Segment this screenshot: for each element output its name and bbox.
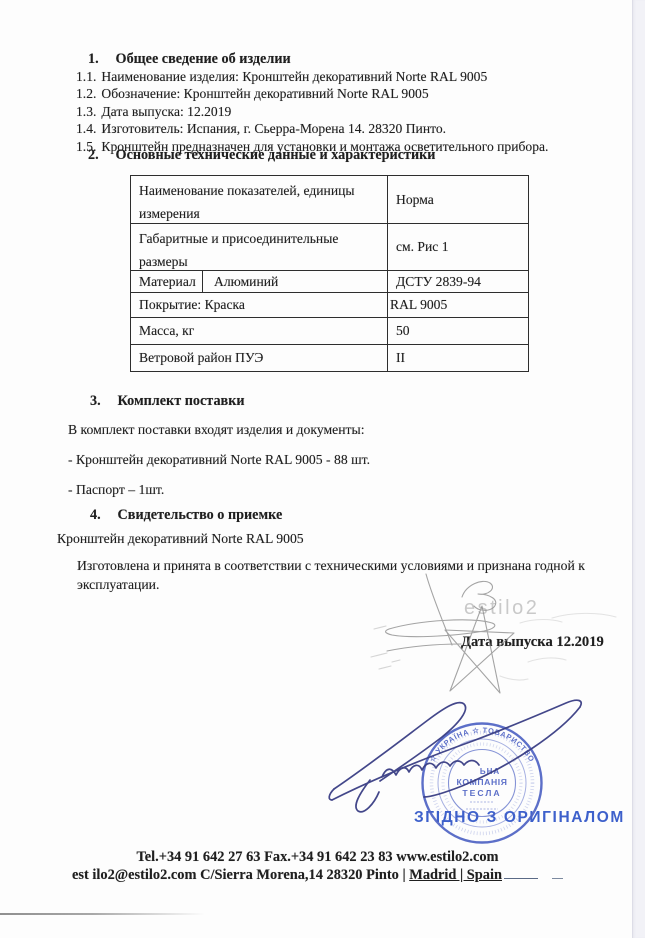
table-cell: Ветровой район ПУЭ: [131, 345, 388, 371]
pencil-left-dashes: [371, 626, 400, 669]
section2-title: Основные технические данные и характерис…: [116, 147, 436, 163]
section3-heading: 3. Комплект поставки: [90, 393, 245, 410]
pencil-under-sweep: [387, 644, 461, 651]
stamp-center-line2: КОМПАНІЯ: [456, 777, 507, 787]
spec-table: Наименование показателей, единицы измере…: [130, 175, 529, 372]
table-cell: II: [388, 345, 528, 371]
list-item: 1.1.Наименование изделия: Кронштейн деко…: [76, 68, 548, 85]
table-cell: Масса, кг: [131, 318, 388, 344]
table-row: Наименование показателей, единицы измере…: [131, 176, 528, 224]
section1-title: Общее сведение об изделии: [116, 51, 291, 67]
section4-heading: 4. Свидетельство о приемке: [90, 507, 282, 524]
footer-underline-extension: [504, 878, 538, 879]
table-cell: Материал: [131, 271, 203, 292]
table-cell: RAL 9005: [388, 293, 528, 317]
estilo2-watermark: estilo2: [464, 597, 539, 620]
table-cell: ДСТУ 2839-94: [388, 271, 528, 292]
table-cell: Покрытие: Краска: [131, 293, 388, 317]
section3-number: 3.: [90, 393, 114, 410]
signature: [329, 700, 581, 812]
table-cell: Габаритные и присоединительные размеры: [131, 224, 388, 270]
acceptance-line2: эксплуатации.: [77, 576, 585, 595]
stamp-center-tiny-lines: [466, 802, 498, 809]
stamp-ring-text: ☆ УКРАЇНА ☆ ТОВАРИСТВО: [427, 726, 537, 765]
table-row: Габаритные и присоединительные размеры с…: [131, 224, 528, 271]
scan-artifact-line: [0, 913, 205, 915]
stamp-inner-ring: [449, 750, 516, 817]
page-edge-shadow: [632, 0, 645, 938]
section3-intro: В комплект поставки входят изделия и док…: [68, 422, 365, 438]
table-cell: 50: [388, 318, 528, 344]
table-cell: см. Рис 1: [388, 224, 528, 270]
table-header-col2: Норма: [388, 176, 528, 223]
section2-number: 2.: [88, 147, 112, 164]
section1-heading: 1. Общее сведение об изделии: [88, 51, 291, 68]
footer-underline-dash: [552, 878, 563, 879]
footer-line1: Tel.+34 91 642 27 63 Fax.+34 91 642 23 8…: [0, 848, 635, 866]
acceptance-line1: Изготовлена и принята в соответствии с т…: [77, 557, 585, 576]
section4-number: 4.: [90, 507, 114, 524]
table-row: Покрытие: Краска RAL 9005: [131, 293, 528, 318]
section4-product: Кронштейн декоративний Norte RAL 9005: [57, 531, 304, 547]
section4-title: Свидетельство о приемке: [118, 507, 283, 523]
section3-title: Комплект поставки: [118, 393, 245, 409]
footer-contacts: Tel.+34 91 642 27 63 Fax.+34 91 642 23 8…: [0, 848, 635, 884]
release-date-text: Дата выпуска 12.2019: [461, 634, 604, 651]
table-header-col1: Наименование показателей, единицы измере…: [131, 176, 388, 223]
stamp-center-line1: ЬНА: [480, 767, 500, 776]
acceptance-paragraph: Изготовлена и принята в соответствии с т…: [77, 557, 585, 594]
section1-number: 1.: [88, 51, 112, 68]
list-item: 1.2.Обозначение: Кронштейн декоративний …: [76, 85, 548, 102]
scanned-document-page: 1. Общее сведение об изделии 1.1.Наимено…: [0, 0, 645, 938]
list-item: 1.4.Изготовитель: Испания, г. Сьерра-Мор…: [76, 120, 548, 137]
section3-item2: - Паспорт – 1шт.: [68, 482, 164, 498]
stamp-center-line3: ТЕСЛА: [462, 788, 501, 798]
list-item: 1.3.Дата выпуска: 12.2019: [76, 103, 548, 120]
section1-items: 1.1.Наименование изделия: Кронштейн деко…: [76, 68, 548, 155]
section2-heading: 2. Основные технические данные и характе…: [88, 147, 435, 164]
certified-copy-stamp-text: ЗГІДНО З ОРИГІНАЛОМ: [414, 809, 625, 827]
table-row: Ветровой район ПУЭ II: [131, 345, 528, 371]
footer-location: Madrid | Spain: [409, 867, 502, 883]
table-row: Материал Алюминий ДСТУ 2839-94: [131, 271, 528, 293]
table-row: Масса, кг 50: [131, 318, 528, 345]
footer-line2: est ilo2@estilo2.com C/Sierra Morena,14 …: [0, 866, 635, 884]
table-cell: Алюминий: [203, 271, 388, 292]
section3-item1: - Кронштейн декоративний Norte RAL 9005 …: [68, 452, 370, 468]
